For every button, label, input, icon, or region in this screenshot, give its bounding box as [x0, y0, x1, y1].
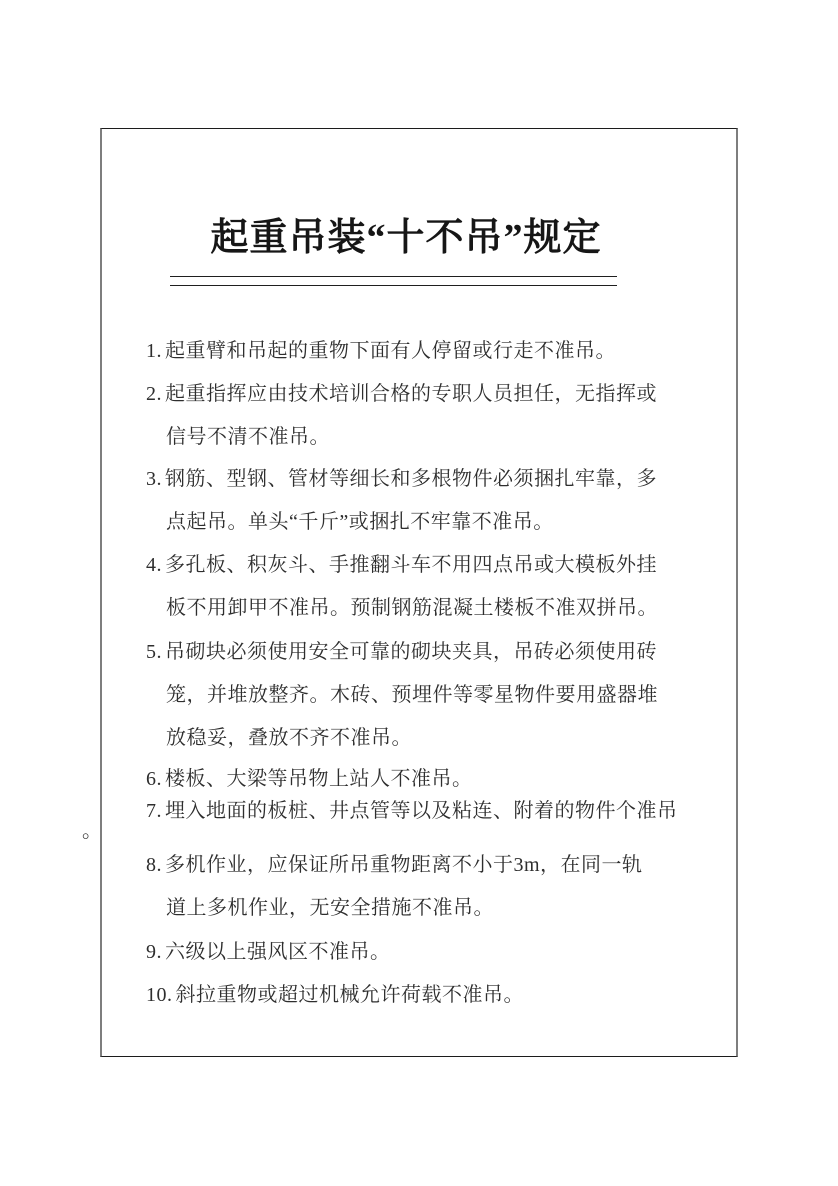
rule-item-line: 1.起重臂和吊起的重物下面有人停留或行走不准吊。 — [146, 336, 616, 366]
rule-number: 8. — [146, 850, 162, 880]
rule-text: 钢筋、型钢、管材等细长和多根物件必须捆扎牢靠，多 — [165, 468, 657, 490]
rule-item-continuation-line: 板不用卸甲不准吊。预制钢筋混凝土楼板不准双拼吊。 — [166, 593, 658, 623]
rule-text: 斜拉重物或超过机械允许荷载不准吊。 — [176, 984, 525, 1006]
rule-text: 起重臂和吊起的重物下面有人停留或行走不准吊。 — [165, 340, 616, 362]
stray-period: 。 — [82, 816, 102, 846]
rule-text: 吊砌块必须使用安全可靠的砌块夹具，吊砖必须使用砖 — [165, 641, 657, 663]
rule-number: 7. — [146, 796, 162, 826]
rule-number: 10. — [146, 980, 173, 1010]
rule-item-continuation-line: 信号不清不准吊。 — [166, 422, 330, 452]
rule-number: 3. — [146, 464, 162, 494]
rule-text: 多机作业，应保证所吊重物距离不小于3m，在同一轨 — [165, 854, 643, 876]
rule-item-continuation-line: 道上多机作业，无安全措施不准吊。 — [166, 893, 494, 923]
rule-item-continuation-line: 放稳妥，叠放不齐不准吊。 — [166, 723, 412, 753]
rule-number: 6. — [146, 764, 162, 794]
rule-item-line: 6.楼板、大梁等吊物上站人不准吊。 — [146, 764, 473, 794]
rule-item-line: 10.斜拉重物或超过机械允许荷载不准吊。 — [146, 980, 524, 1010]
rule-item-line: 2.起重指挥应由技术培训合格的专职人员担任，无指挥或 — [146, 379, 657, 409]
rule-item-line: 8.多机作业，应保证所吊重物距离不小于3m，在同一轨 — [146, 850, 643, 880]
rule-text: 起重指挥应由技术培训合格的专职人员担任，无指挥或 — [165, 383, 657, 405]
rule-number: 1. — [146, 336, 162, 366]
rule-item-line: 9.六级以上强风区不准吊。 — [146, 937, 391, 967]
rule-number: 9. — [146, 937, 162, 967]
rule-text: 六级以上强风区不准吊。 — [165, 941, 391, 963]
rule-number: 4. — [146, 550, 162, 580]
rule-number: 5. — [146, 637, 162, 667]
rule-item-line: 7.埋入地面的板桩、井点管等以及粘连、附着的物件个准吊 — [146, 796, 678, 826]
rule-text: 埋入地面的板桩、井点管等以及粘连、附着的物件个准吊 — [165, 800, 678, 822]
rule-number: 2. — [146, 379, 162, 409]
rule-text: 楼板、大梁等吊物上站人不准吊。 — [165, 768, 473, 790]
rule-item-line: 5.吊砌块必须使用安全可靠的砌块夹具，吊砖必须使用砖 — [146, 637, 657, 667]
rule-item-line: 4.多孔板、积灰斗、手推翻斗车不用四点吊或大模板外挂 — [146, 550, 657, 580]
rule-item-continuation-line: 笼，并堆放整齐。木砖、预埋件等零星物件要用盛器堆 — [166, 680, 658, 710]
rule-text: 多孔板、积灰斗、手推翻斗车不用四点吊或大模板外挂 — [165, 554, 657, 576]
title-double-underline — [170, 276, 617, 286]
rule-item-line: 3.钢筋、型钢、管材等细长和多根物件必须捆扎牢靠，多 — [146, 464, 657, 494]
page-title: 起重吊装“十不吊”规定 — [100, 210, 712, 266]
rule-item-continuation-line: 点起吊。单头“千斤”或捆扎不牢靠不准吊。 — [166, 507, 554, 537]
document-page: 起重吊装“十不吊”规定 1.起重臂和吊起的重物下面有人停留或行走不准吊。2.起重… — [0, 0, 838, 1186]
